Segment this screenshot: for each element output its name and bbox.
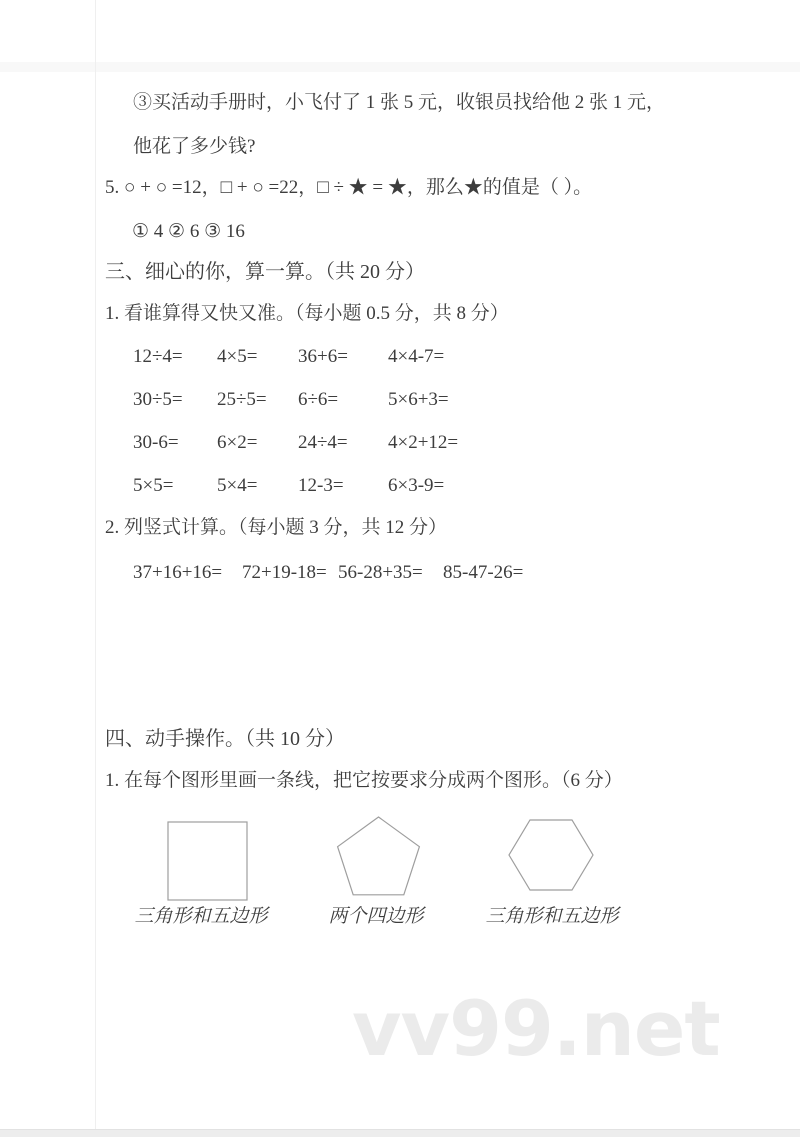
watermark: vv99.net <box>352 984 720 1073</box>
section-3-header: 三、细心的你，算一算。（共 20 分） <box>105 261 425 283</box>
oral-problem: 36+6= <box>298 346 388 368</box>
oral-problem: 24÷4= <box>298 432 388 454</box>
oral-problem: 30÷5= <box>133 389 217 411</box>
oral-calculation-grid: 12÷4= 4×5= 36+6= 4×4-7= 30÷5= 25÷5= 6÷6=… <box>133 346 593 518</box>
section-4-header: 四、动手操作。（共 10 分） <box>105 728 345 750</box>
hexagon-shape <box>509 820 593 890</box>
column-calculation-row: 37+16+16= 72+19-18= 56-28+35= 85-47-26= <box>133 562 693 584</box>
oral-problem: 5×6+3= <box>388 389 449 411</box>
scan-fold-line <box>95 0 96 1130</box>
section-3-sub1-title: 1. 看谁算得又快又准。（每小题 0.5 分，共 8 分） <box>105 303 509 325</box>
oral-problem: 30-6= <box>133 432 217 454</box>
column-calc-problem: 72+19-18= <box>242 562 338 584</box>
page-bottom-edge <box>0 1129 800 1137</box>
oral-problem: 4×4-7= <box>388 346 444 368</box>
column-calc-problem: 56-28+35= <box>338 562 443 584</box>
problem-3-line1: ③买活动手册时，小飞付了 1 张 5 元，收银员找给他 2 张 1 元， <box>133 92 665 114</box>
oral-problem: 25÷5= <box>217 389 298 411</box>
oral-grid-row: 5×5= 5×4= 12-3= 6×3-9= <box>133 475 593 518</box>
oral-problem: 5×5= <box>133 475 217 497</box>
oral-grid-row: 30-6= 6×2= 24÷4= 4×2+12= <box>133 432 593 475</box>
section-3-sub2-title: 2. 列竖式计算。（每小题 3 分，共 12 分） <box>105 517 447 539</box>
square-shape <box>168 822 247 900</box>
oral-problem: 5×4= <box>217 475 298 497</box>
oral-problem: 6÷6= <box>298 389 388 411</box>
worksheet-page: vv99.net ③买活动手册时，小飞付了 1 张 5 元，收银员找给他 2 张… <box>0 0 800 1137</box>
pentagon-shape <box>338 817 420 895</box>
hexagon-label: 三角形和五边形 <box>484 901 620 928</box>
column-calc-problem: 85-47-26= <box>443 562 523 584</box>
scan-artifact-band <box>0 62 800 72</box>
oral-problem: 6×3-9= <box>388 475 444 497</box>
oral-problem: 12÷4= <box>133 346 217 368</box>
problem-5-options: ① 4 ② 6 ③ 16 <box>132 221 245 243</box>
oral-problem: 4×5= <box>217 346 298 368</box>
square-label: 三角形和五边形 <box>133 901 269 928</box>
oral-grid-row: 12÷4= 4×5= 36+6= 4×4-7= <box>133 346 593 389</box>
problem-3-line2: 他花了多少钱? <box>133 136 255 158</box>
problem-5-statement: 5. ○ + ○ =12，□ + ○ =22，□ ÷ ★ = ★，那么★的值是（… <box>105 177 592 199</box>
oral-grid-row: 30÷5= 25÷5= 6÷6= 5×6+3= <box>133 389 593 432</box>
section-4-sub1-title: 1. 在每个图形里画一条线，把它按要求分成两个图形。（6 分） <box>105 770 623 792</box>
column-calc-problem: 37+16+16= <box>133 562 242 584</box>
oral-problem: 4×2+12= <box>388 432 458 454</box>
pentagon-label: 两个四边形 <box>308 901 444 928</box>
oral-problem: 6×2= <box>217 432 298 454</box>
oral-problem: 12-3= <box>298 475 388 497</box>
